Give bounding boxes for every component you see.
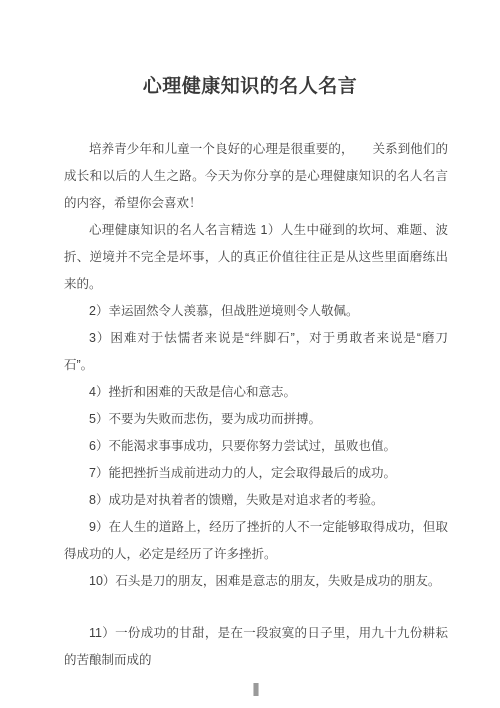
page-title: 心理健康知识的名人名言 (0, 0, 500, 100)
quote-item-3: 3）困难对于怯懦者来说是“绊脚石”，对于勇敢者来说是“磨刀石”。 (64, 325, 448, 379)
quote-item-4: 4）挫折和困难的天敌是信心和意志。 (64, 379, 448, 406)
quote-item-11: 11）一份成功的甘甜，是在一段寂寞的日子里，用九十九份耕耘的苦酿制而成的 (64, 620, 448, 674)
quote-item-6: 6）不能渴求事事成功，只要你努力尝试过，虽败也值。 (64, 433, 448, 460)
intro-paragraph: 培养青少年和儿童一个良好的心理是很重要的， 关系到他们的成长和以后的人生之路。今… (64, 136, 448, 217)
quote-item-5: 5）不要为失败而悲伤，要为成功而拼搏。 (64, 406, 448, 433)
quote-item-2: 2）幸运固然令人羡慕，但战胜逆境则令人敬佩。 (64, 298, 448, 325)
quote-item-8: 8）成功是对执着者的馈赠，失败是对追求者的考验。 (64, 487, 448, 514)
quote-item-10: 10）石头是刀的朋友，困难是意志的朋友，失败是成功的朋友。 (64, 568, 448, 595)
quote-item-1: 心理健康知识的名人名言精选 1）人生中碰到的坎坷、难题、波折、逆境并不完全是坏事… (64, 217, 448, 298)
document-page: 心理健康知识的名人名言 培养青少年和儿童一个良好的心理是很重要的， 关系到他们的… (0, 0, 500, 708)
document-body: 培养青少年和儿童一个良好的心理是很重要的， 关系到他们的成长和以后的人生之路。今… (0, 100, 500, 701)
vertical-bar-icon (253, 683, 259, 696)
quote-item-9: 9）在人生的道路上，经历了挫折的人不一定能够取得成功，但取得成功的人，必定是经历… (64, 514, 448, 568)
footer-mark-container (64, 683, 448, 701)
quote-item-7: 7）能把挫折当成前进动力的人，定会取得最后的成功。 (64, 460, 448, 487)
